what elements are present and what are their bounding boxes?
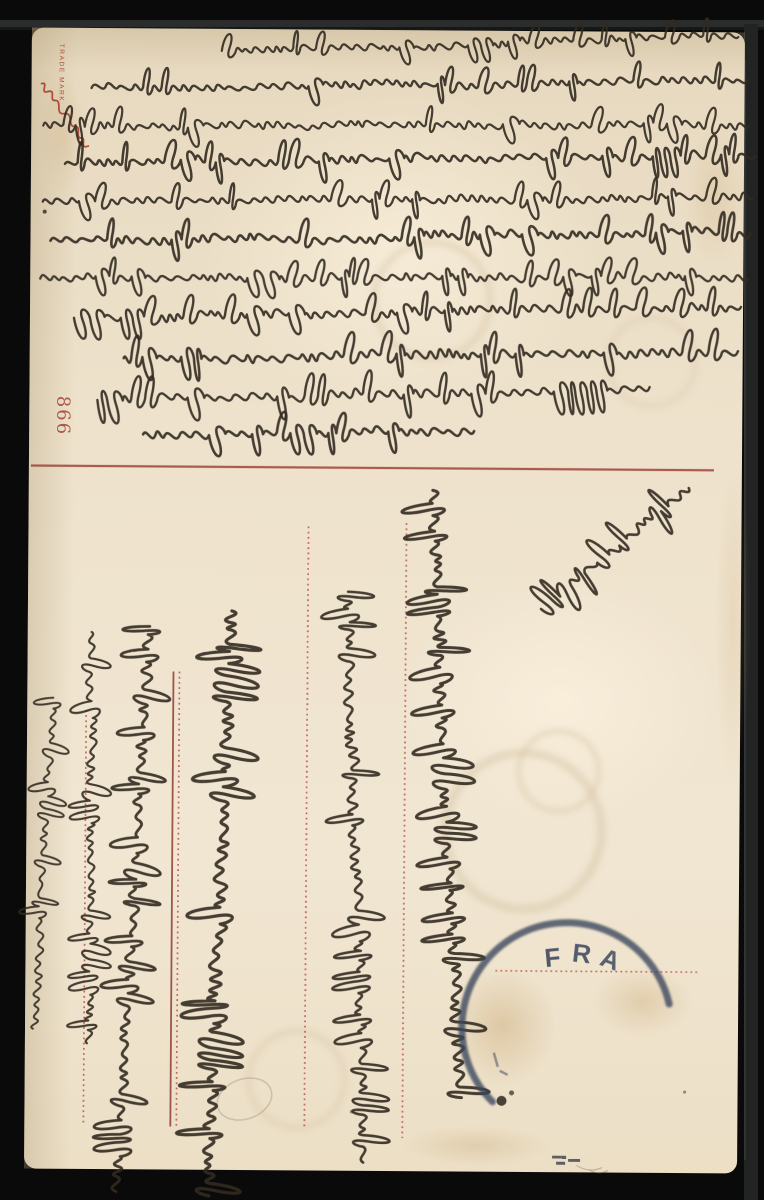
card-number: 866 [52, 396, 73, 437]
scan-background: TRADE MARK 866 F R A [0, 0, 764, 1200]
postcard: TRADE MARK 866 F R A [11, 12, 756, 1200]
postcard-scan: TRADE MARK 866 F R A [0, 0, 764, 1200]
trademark-label: TRADE MARK [57, 44, 64, 103]
postmark-letter-f: F [543, 942, 562, 973]
frame-edge-top [0, 20, 764, 27]
postmark-letter-r: R [571, 937, 593, 969]
